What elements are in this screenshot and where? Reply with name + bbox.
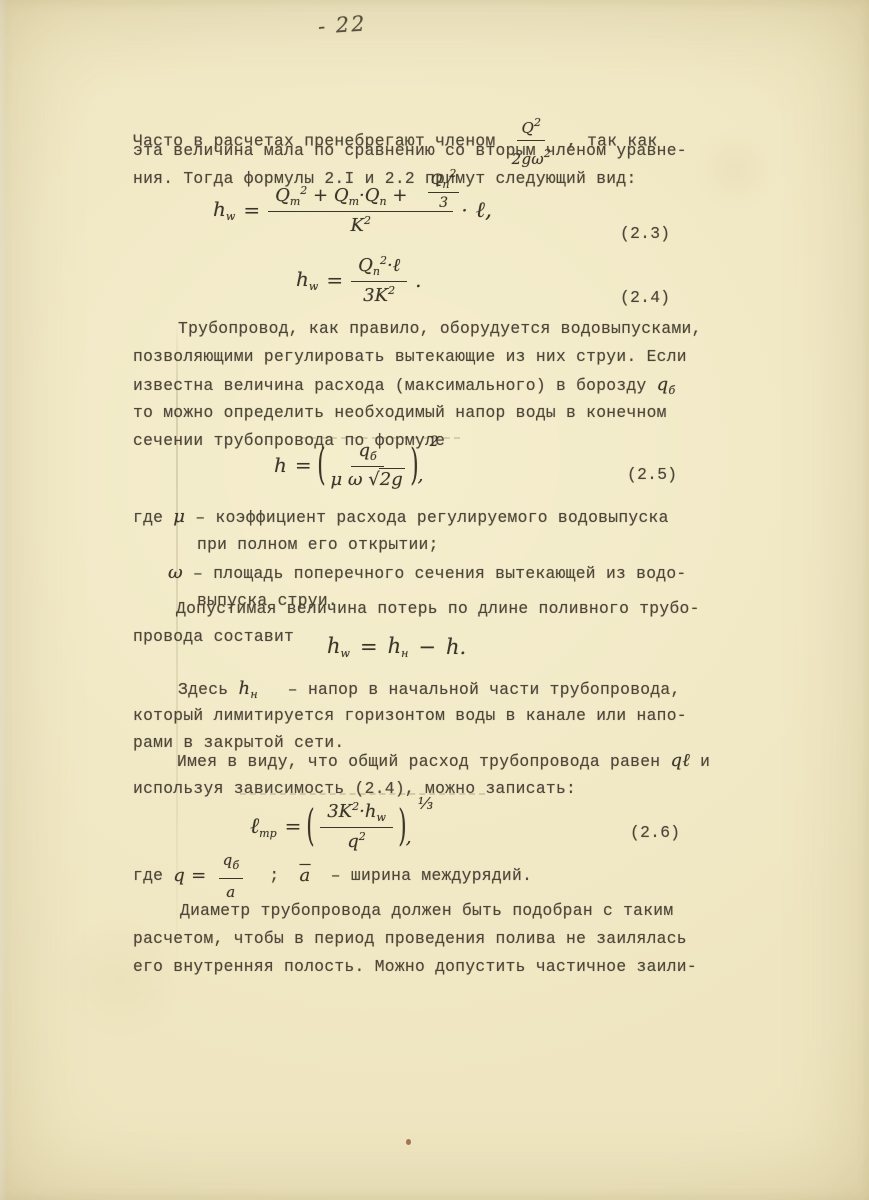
equals-sign: = [243, 198, 260, 222]
symbol-ell: ℓ [393, 255, 401, 276]
paragraph-5-line-1: Имея в виду, что общий расход трубопрово… [177, 750, 710, 773]
minus-sign: − [418, 635, 436, 659]
symbol-Q: Q [275, 185, 290, 206]
paragraph-6-text: – ширина междурядий. [311, 865, 533, 887]
paragraph-7-line-1: Диаметр трубопровода должен быть подобра… [180, 900, 673, 922]
symbol-q: q [347, 831, 359, 852]
denominator-3K: 3K [363, 285, 388, 306]
paragraph-4-line-1: Здесь hн – напор в начальной части трубо… [178, 678, 681, 706]
exponent: 2 [364, 214, 371, 227]
dot-operator: · [461, 198, 467, 222]
formula-lhs: ℓтр [250, 813, 277, 840]
symbol-h: h [365, 801, 377, 822]
plus-sign: + [387, 185, 408, 206]
paragraph-1-line-2: эта величина мала по сравнению со вторым… [133, 140, 687, 162]
where-label: где [133, 508, 173, 527]
paragraph-7-line-2: расчетом, чтобы в период проведения поли… [133, 928, 687, 950]
paragraph-5-text-a: Имея в виду, что общий расход трубопрово… [177, 752, 670, 771]
formula-2-4: hw = Qп2·ℓ 3K2 . [296, 254, 422, 306]
period: . [415, 268, 421, 292]
equals-sign: = [360, 635, 378, 659]
symbol-q: q [223, 851, 233, 869]
paragraph-2-line-3: известна величина расхода (максимального… [133, 374, 675, 402]
symbol-h: h [238, 678, 250, 699]
paragraph-7-line-3: его внутренняя полость. Можно допустить … [133, 956, 697, 978]
paragraph-4-text-a: Здесь [178, 680, 238, 699]
paragraph-3-line-1: Допустимая величина потерь по длине поли… [176, 598, 700, 620]
symbol-omega: ω [348, 469, 363, 490]
denominator-3: 3 [439, 193, 448, 211]
paragraph-4-line-2: который лимитируется горизонтом воды в к… [133, 705, 687, 727]
exponent-2: 2 [430, 434, 439, 450]
equation-tag-2-4: (2.4) [620, 287, 670, 309]
fraction-numerator: Q [521, 119, 534, 137]
symbol-q-ell: qℓ [670, 750, 690, 771]
subscript-tr: тр [259, 827, 276, 840]
close-paren: ) [410, 449, 418, 481]
symbol-a: a [300, 865, 311, 887]
equation-tag-2-6: (2.6) [630, 822, 680, 844]
fraction: Qп2·ℓ 3K2 [351, 254, 407, 306]
symbol-h: h [388, 634, 402, 658]
exponent: 2 [380, 254, 387, 267]
open-paren: ( [317, 449, 325, 481]
fraction: qб μ ω √2g [330, 440, 404, 490]
symbol-h: h [446, 635, 460, 659]
subscript-b: б [669, 384, 676, 397]
subscript-b: б [370, 450, 377, 463]
close-paren: ) [398, 810, 406, 842]
formula-2-3: hw = Qт2 + Qт·Qп +Qп23 K2 · ℓ, [213, 184, 492, 236]
subscript-p: п [380, 195, 387, 208]
symbol-Q: Q [431, 172, 443, 188]
page-number: - 22 [317, 12, 367, 37]
symbol-omega: ω [168, 562, 183, 583]
subscript-p: п [373, 265, 380, 278]
symbol-Q: Q [334, 185, 349, 206]
exponent: 2 [359, 830, 366, 843]
open-paren: ( [307, 810, 315, 842]
symbol-mu: μ [173, 506, 185, 527]
equals-sign: = [185, 865, 212, 887]
subscript-w: w [309, 280, 318, 293]
definition-omega-line-1: ω – площадь поперечного сечения вытекающ… [168, 562, 687, 585]
nested-fraction: Qп23 [428, 167, 460, 211]
symbol-q: q [173, 865, 185, 887]
formula-hw-hn-h: hw = hн − h. [327, 634, 466, 660]
paragraph-3-line-2: провода составит [133, 626, 294, 648]
formula-term: hн [388, 634, 409, 660]
inline-fraction-qb-a: qбa [219, 849, 244, 903]
symbol-Q: Q [365, 185, 380, 206]
formula-term: h. [446, 635, 466, 659]
exponent: 2 [534, 116, 541, 129]
paragraph-2-line-4: то можно определить необходимый напор во… [133, 402, 667, 424]
symbol-h: h [327, 634, 341, 658]
paragraph-2-line-2: позволяющими регулировать вытекающие из … [133, 346, 687, 368]
exponent: 2 [449, 167, 456, 180]
symbol-h: h [296, 267, 309, 291]
fraction: Qт2 + Qт·Qп +Qп23 K2 [268, 184, 453, 236]
paragraph-2-text: известна величина расхода (максимального… [133, 376, 657, 395]
period: . [459, 635, 466, 659]
paragraph-4-text-b: – напор в начальной части трубопровода, [258, 680, 681, 699]
definition-mu-line-2: при полном его открытии; [197, 534, 439, 556]
semicolon: ; [249, 865, 299, 887]
equation-tag-2-5: (2.5) [627, 464, 677, 486]
where-label: где [133, 865, 173, 887]
formula-lhs: hw [296, 267, 318, 293]
symbol-h: h [274, 453, 287, 477]
definition-mu-text: – коэффициент расхода регулируемого водо… [185, 508, 668, 527]
symbol-q: q [657, 374, 669, 395]
exponent: 2 [388, 284, 395, 297]
term-3K: 3K [327, 801, 352, 822]
subscript-n: н [401, 647, 408, 660]
equals-sign: = [285, 814, 302, 838]
symbol-q-furrow: qб [657, 374, 676, 395]
subscript-t: т [349, 195, 359, 208]
subscript-t: т [290, 195, 300, 208]
subscript-w: w [376, 811, 385, 824]
paragraph-2-line-1: Трубопровод, как правило, оборудуется во… [178, 318, 702, 340]
plus-sign: + [307, 185, 334, 206]
symbol-h-n: hн [238, 678, 257, 699]
subscript-n: н [250, 688, 257, 701]
equals-sign: = [295, 453, 312, 477]
symbol-K: K [351, 215, 364, 236]
paragraph-5-line-2: используя зависимость (2.4), можно запис… [133, 778, 576, 800]
ink-speck [406, 1139, 411, 1145]
symbol-h: h [213, 197, 226, 221]
definition-mu-line-1: где μ – коэффициент расхода регулируемог… [133, 506, 669, 529]
symbol-mu: μ [330, 469, 342, 490]
formula-lhs: hw [213, 197, 235, 223]
equation-tag-2-3: (2.3) [620, 223, 670, 245]
formula-2-5: h = ( qб μ ω √2g ) , 2 [274, 440, 439, 490]
definition-omega-text: – площадь поперечного сечения вытекающей… [183, 564, 687, 583]
subscript-w: w [341, 647, 350, 660]
radicand-2g: 2g [379, 468, 405, 490]
exponent-one-third: ¹⁄₃ [418, 794, 434, 813]
formula-lhs: hw [327, 634, 350, 660]
comma: , [485, 198, 492, 223]
fraction: 3K2·hw q2 [320, 800, 393, 852]
subscript-w: w [226, 210, 235, 223]
symbol-Q: Q [358, 255, 373, 276]
equals-sign: = [326, 268, 343, 292]
formula-2-6: ℓтр = ( 3K2·hw q2 ) , ¹⁄₃ [250, 800, 433, 852]
symbol-ell: ℓ [250, 814, 259, 839]
paragraph-6: где q = qбa ; a – ширина междурядий. [133, 854, 532, 898]
paragraph-5-text-b: и [690, 752, 710, 771]
document-page: - 22 Часто в расчетах пренебрегают члено… [0, 0, 869, 1200]
symbol-q: q [358, 440, 370, 461]
subscript-b: б [232, 859, 239, 872]
symbol-ell: ℓ [476, 198, 485, 223]
